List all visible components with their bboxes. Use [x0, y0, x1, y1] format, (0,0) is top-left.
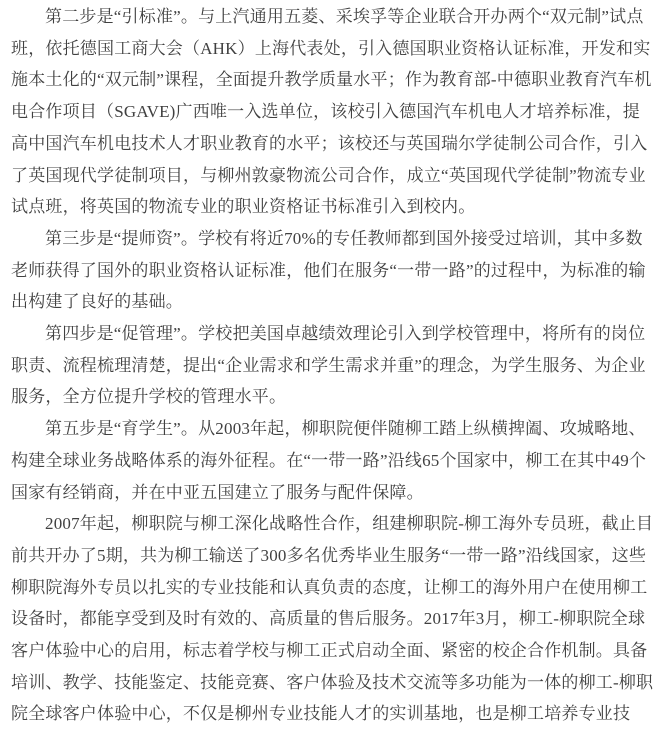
- article-body: 第二步是“引标准”。与上汽通用五菱、采埃孚等企业联合开办两个“双元制”试点班，依…: [0, 0, 668, 741]
- article-paragraph-step4-management: 第四步是“促管理”。学校把美国卓越绩效理论引入到学校管理中，将所有的岗位职责、流…: [11, 318, 657, 413]
- article-paragraph-step2-standards: 第二步是“引标准”。与上汽通用五菱、采埃孚等企业联合开办两个“双元制”试点班，依…: [11, 1, 657, 223]
- article-paragraph-liugong-cooperation: 2007年起，柳职院与柳工深化战略性合作，组建柳职院-柳工海外专员班，截止目前共…: [11, 508, 657, 730]
- article-paragraph-step3-teachers: 第三步是“提师资”。学校有将近70%的专任教师都到国外接受过培训，其中多数老师获…: [11, 223, 657, 318]
- article-paragraph-step5-students: 第五步是“育学生”。从2003年起，柳职院便伴随柳工踏上纵横捭阖、攻城略地、构建…: [11, 413, 657, 508]
